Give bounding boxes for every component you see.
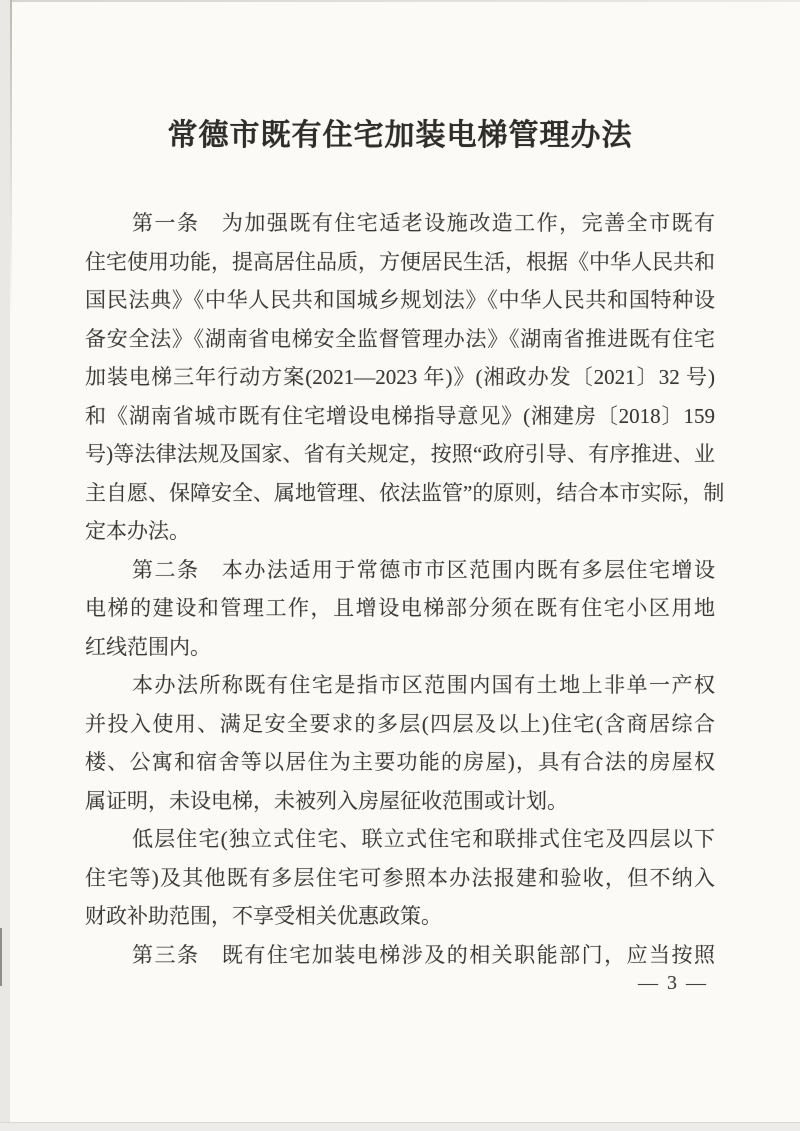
document-line: 并投入使用、满足安全要求的多层(四层及以上)住宅(含商居综合 — [85, 705, 715, 744]
scan-edge-bottom-band — [0, 1122, 800, 1131]
page-number: — 3 — — [638, 971, 738, 995]
document-line: 住宅使用功能，提高居住品质，方便居民生活，根据《中华人民共和 — [85, 243, 715, 282]
document-line: 第三条 既有住宅加装电梯涉及的相关职能部门，应当按照 — [85, 936, 715, 975]
document-line: 低层住宅(独立式住宅、联立式住宅和联排式住宅及四层以下 — [85, 820, 715, 859]
document-line: 加装电梯三年行动方案(2021—2023 年)》(湘政办发〔2021〕32 号) — [85, 358, 715, 397]
document-line: 红线范围内。 — [85, 628, 715, 667]
document-line: 住宅等)及其他既有多层住宅可参照本办法报建和验收，但不纳入 — [85, 859, 715, 898]
document-body: 第一条 为加强既有住宅适老设施改造工作，完善全市既有 住宅使用功能，提高居住品质… — [85, 204, 715, 974]
document-line: 属证明，未设电梯，未被列入房屋征收范围或计划。 — [85, 782, 715, 821]
document-line: 楼、公寓和宿舍等以居住为主要功能的房屋)，具有合法的房屋权 — [85, 743, 715, 782]
document-line: 号)等法律法规及国家、省有关规定，按照“政府引导、有序推进、业 — [85, 435, 715, 474]
document-line: 国民法典》《中华人民共和国城乡规划法》《中华人民共和国特种设 — [85, 281, 715, 320]
scan-edge-left-mark — [0, 928, 2, 986]
document-line: 本办法所称既有住宅是指市区范围内国有土地上非单一产权 — [85, 666, 715, 705]
document-line: 第一条 为加强既有住宅适老设施改造工作，完善全市既有 — [85, 204, 715, 243]
document-line: 主自愿、保障安全、属地管理、依法监管”的原则，结合本市实际，制 — [85, 474, 715, 513]
scan-edge-top-line — [12, 0, 800, 2]
document-line: 备安全法》《湖南省电梯安全监督管理办法》《湖南省推进既有住宅 — [85, 320, 715, 359]
document-line: 定本办法。 — [85, 512, 715, 551]
document-line: 财政补助范围，不享受相关优惠政策。 — [85, 897, 715, 936]
document-line: 第二条 本办法适用于常德市市区范围内既有多层住宅增设 — [85, 551, 715, 590]
document-title: 常德市既有住宅加装电梯管理办法 — [85, 110, 715, 154]
scanned-document-page: 常德市既有住宅加装电梯管理办法 第一条 为加强既有住宅适老设施改造工作，完善全市… — [0, 0, 800, 1131]
document-line: 和《湖南省城市既有住宅增设电梯指导意见》(湘建房〔2018〕159 — [85, 397, 715, 436]
scan-edge-left-line — [10, 0, 12, 320]
document-line: 电梯的建设和管理工作，且增设电梯部分须在既有住宅小区用地 — [85, 589, 715, 628]
